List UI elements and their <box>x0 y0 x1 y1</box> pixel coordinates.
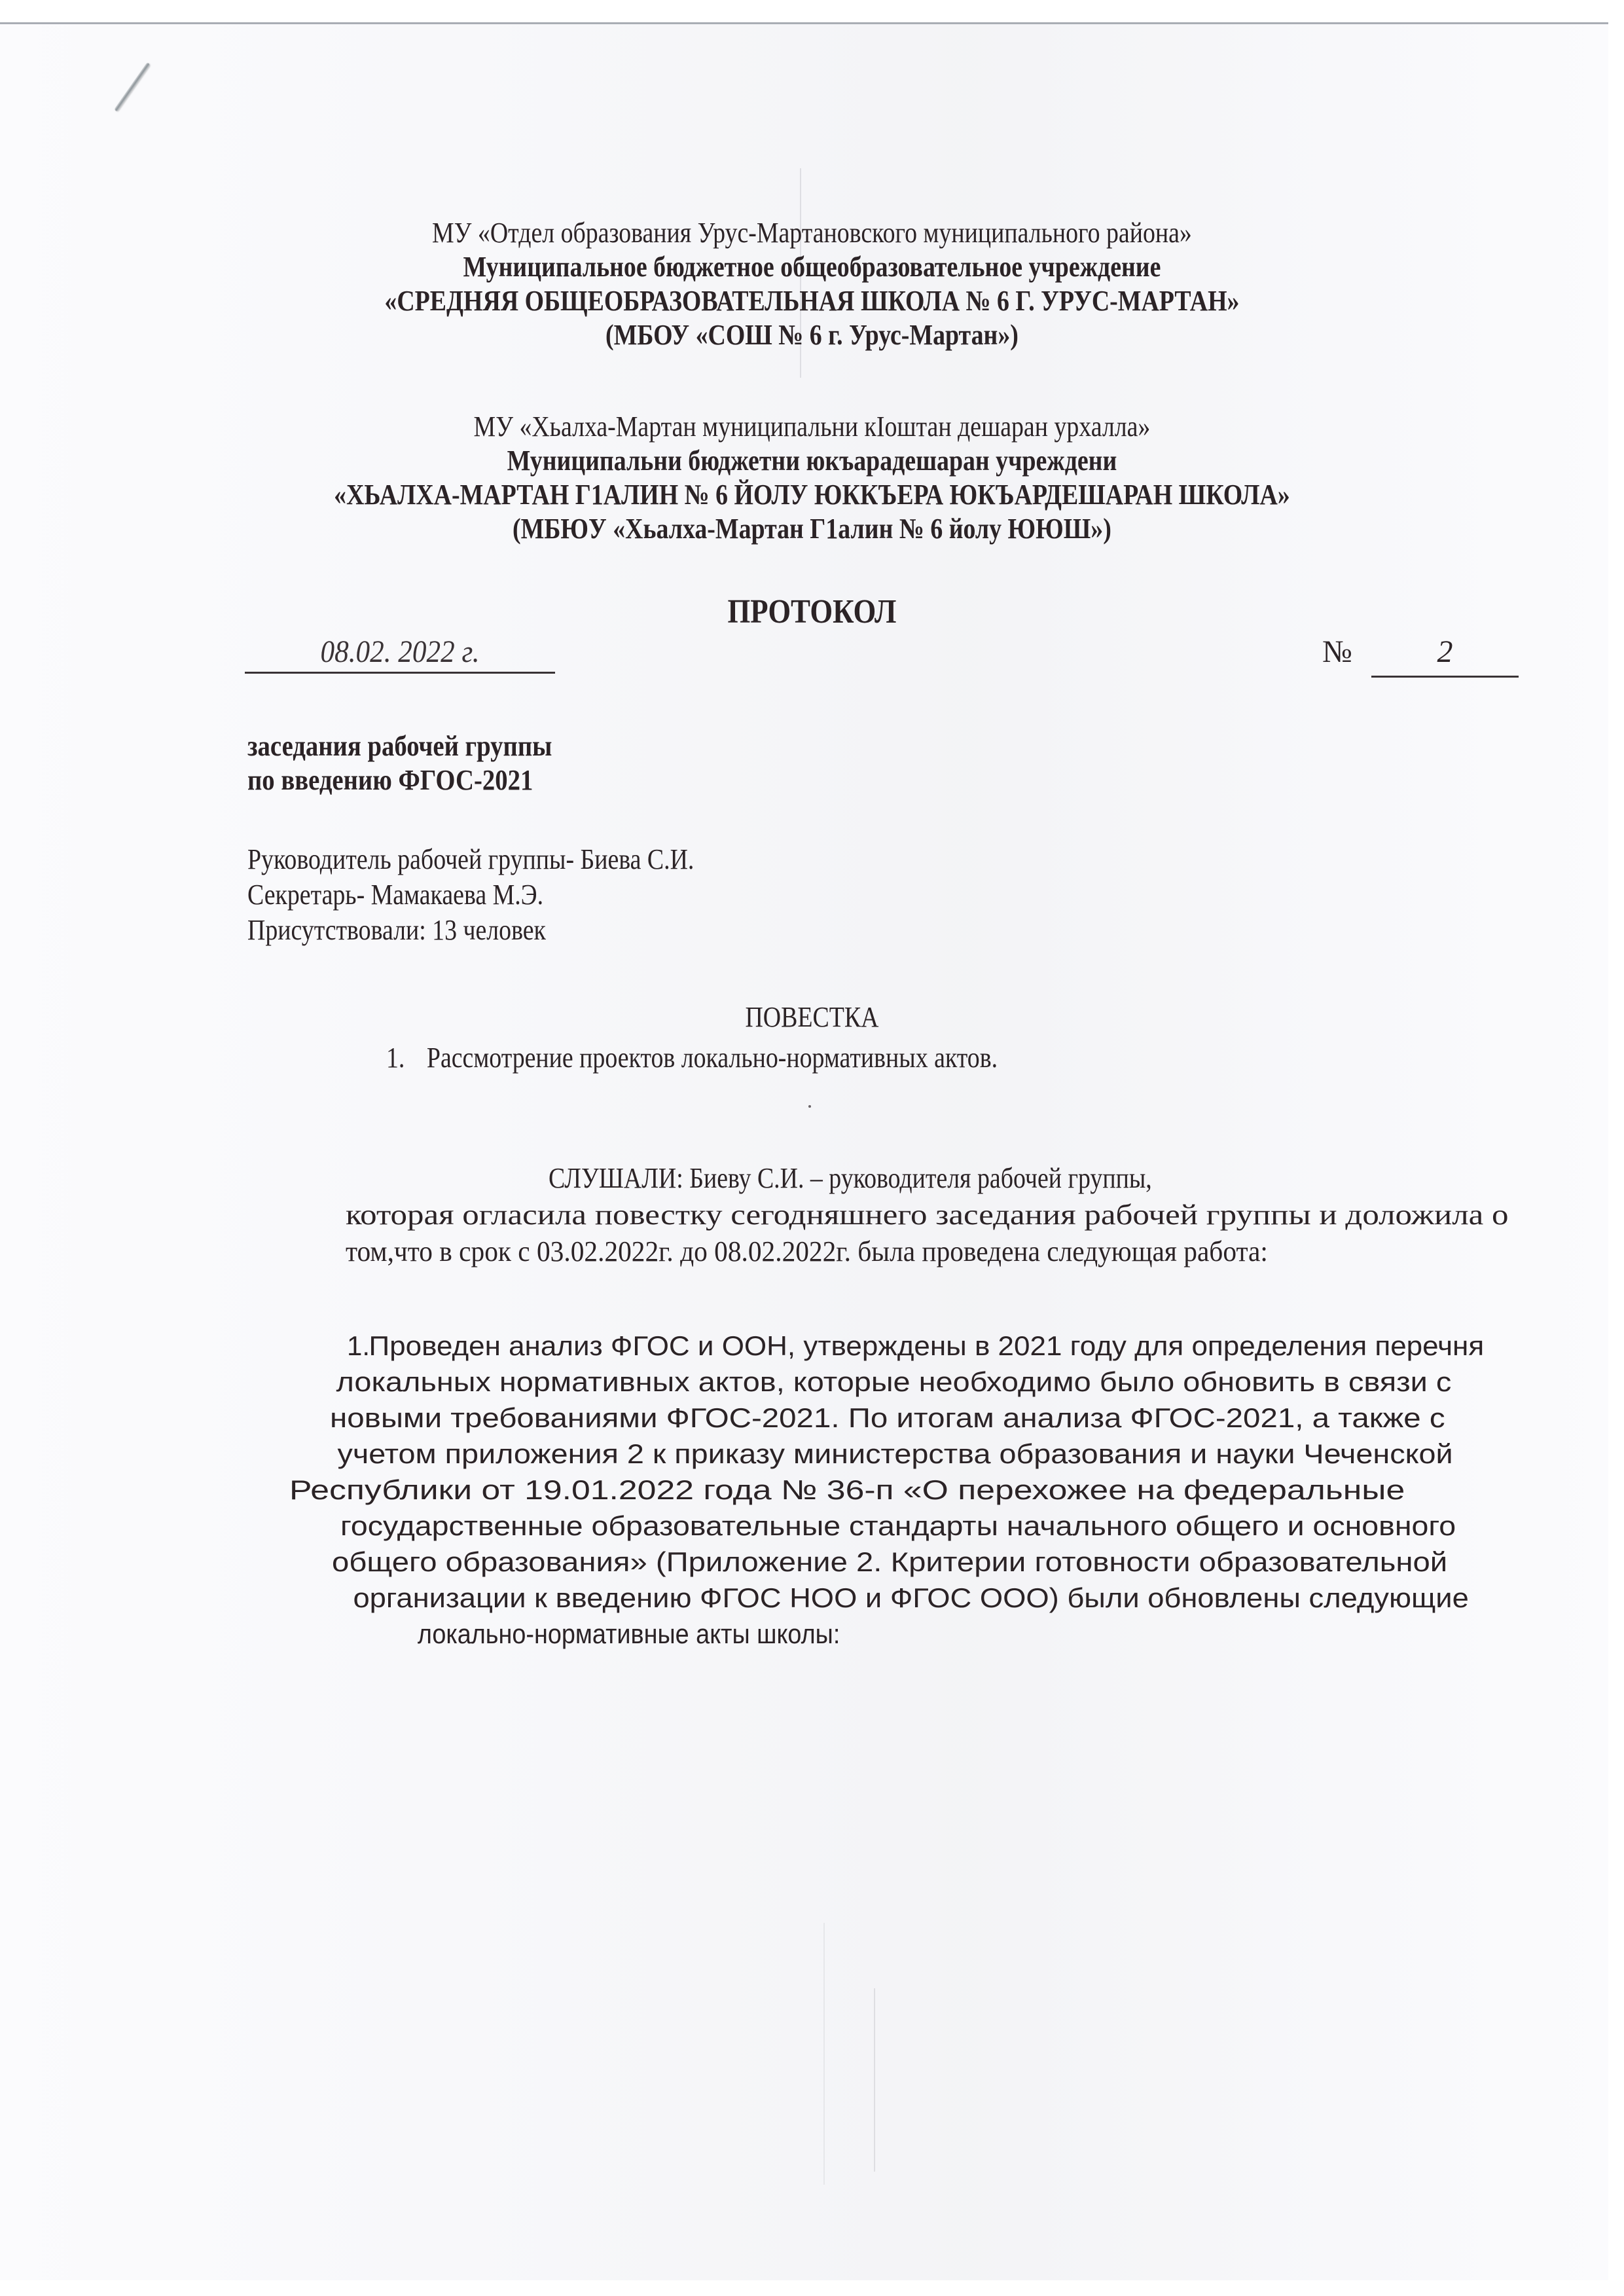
work-list-text: Проведен анализ ФГОС и ООН, утверждены в… <box>369 1329 1485 1363</box>
work-list-line: Проведен анализ ФГОС и ООН, утверждены в… <box>394 1329 1509 1363</box>
work-list-line: учетом приложения 2 к приказу министерст… <box>394 1437 1509 1471</box>
subject-line-1: заседания рабочей группы <box>247 729 552 763</box>
heard-text: которая огласила повестку сегодняшнего з… <box>346 1198 1508 1232</box>
agenda-item: 1.Рассмотрение проектов локально-нормати… <box>386 1041 998 1075</box>
work-list-line: локальных нормативных актов, которые нео… <box>394 1365 1509 1399</box>
secretary: Секретарь- Мамакаева М.Э. <box>247 879 543 911</box>
heard-lead: СЛУШАЛИ: Биеву С.И. – руководителя рабоч… <box>549 1161 1152 1195</box>
protocol-number: 2 <box>1371 632 1519 678</box>
scan-speck <box>808 1105 811 1108</box>
agenda-title: ПОВЕСТКА <box>114 1000 1511 1034</box>
protocol-date: 08.02. 2022 г. <box>320 632 479 672</box>
work-list-line: общего образования» (Приложение 2. Крите… <box>394 1545 1509 1579</box>
scan-artifact <box>823 1923 825 2185</box>
agenda-item-text: Рассмотрение проектов локально-нормативн… <box>427 1042 998 1074</box>
heard-text: том,что в срок с 03.02.2022г. до 08.02.2… <box>346 1235 1268 1269</box>
header-ce-institution-type: Муниципальни бюджетни юкъарадешаран учре… <box>114 444 1511 478</box>
work-list-line: Республики от 19.01.2022 года № 36-п «О … <box>394 1473 1509 1507</box>
work-list-text: общего образования» (Приложение 2. Крите… <box>332 1545 1447 1579</box>
work-list-line: новыми требованиями ФГОС-2021. По итогам… <box>394 1401 1509 1435</box>
work-list-text: учетом приложения 2 к приказу министерст… <box>337 1437 1453 1471</box>
heard-paragraph-line: том,что в срок с 03.02.2022г. до 08.02.2… <box>346 1235 1508 1269</box>
work-list-text: локальных нормативных актов, которые нео… <box>336 1365 1452 1399</box>
group-leader: Руководитель рабочей группы- Биева С.И. <box>247 843 694 876</box>
header-ce-school-abbrev: (МБЮУ «Хьалха-Мартан Г1алин № 6 йолу ЮЮШ… <box>114 512 1511 546</box>
work-list-line: локально-нормативные акты школы: <box>394 1617 1509 1651</box>
work-list-line: организации к введению ФГОС НОО и ФГОС О… <box>394 1581 1509 1615</box>
header-ce-department: МУ «Хьалха-Мартан муниципальни кIоштан д… <box>114 410 1511 444</box>
protocol-date-field: 08.02. 2022 г. <box>245 632 555 674</box>
work-list-text: организации к введению ФГОС НОО и ФГОС О… <box>353 1581 1468 1615</box>
work-list-number: 1. <box>347 1329 370 1363</box>
agenda-item-number: 1. <box>386 1041 427 1075</box>
scanned-page <box>0 22 1608 2280</box>
work-list-text: государственные образовательные стандарт… <box>340 1509 1456 1543</box>
heard-paragraph-line: которая огласила повестку сегодняшнего з… <box>346 1198 1508 1232</box>
header-ru-department: МУ «Отдел образования Урус-Мартановского… <box>114 216 1511 250</box>
header-ru-school-abbrev: (МБОУ «СОШ № 6 г. Урус-Мартан») <box>114 318 1511 352</box>
number-sign: № <box>1322 632 1352 672</box>
subject-line-2: по введению ФГОС-2021 <box>247 763 533 797</box>
work-list-text: Республики от 19.01.2022 года № 36-п «О … <box>289 1473 1405 1507</box>
work-list-text: локально-нормативные акты школы: <box>418 1617 840 1651</box>
header-ce-school-name: «ХЬАЛХА-МАРТАН Г1АЛИН № 6 ЙОЛУ ЮККЪЕРА Ю… <box>114 478 1511 512</box>
attendance: Присутствовали: 13 человек <box>247 914 546 947</box>
work-list-text: новыми требованиями ФГОС-2021. По итогам… <box>330 1401 1445 1435</box>
work-list-line: государственные образовательные стандарт… <box>394 1509 1509 1543</box>
scan-artifact <box>874 1988 875 2172</box>
header-ru-school-name: «СРЕДНЯЯ ОБЩЕОБРАЗОВАТЕЛЬНАЯ ШКОЛА № 6 Г… <box>114 284 1511 318</box>
document-title: ПРОТОКОЛ <box>114 592 1511 632</box>
header-ru-institution-type: Муниципальное бюджетное общеобразователь… <box>114 250 1511 284</box>
